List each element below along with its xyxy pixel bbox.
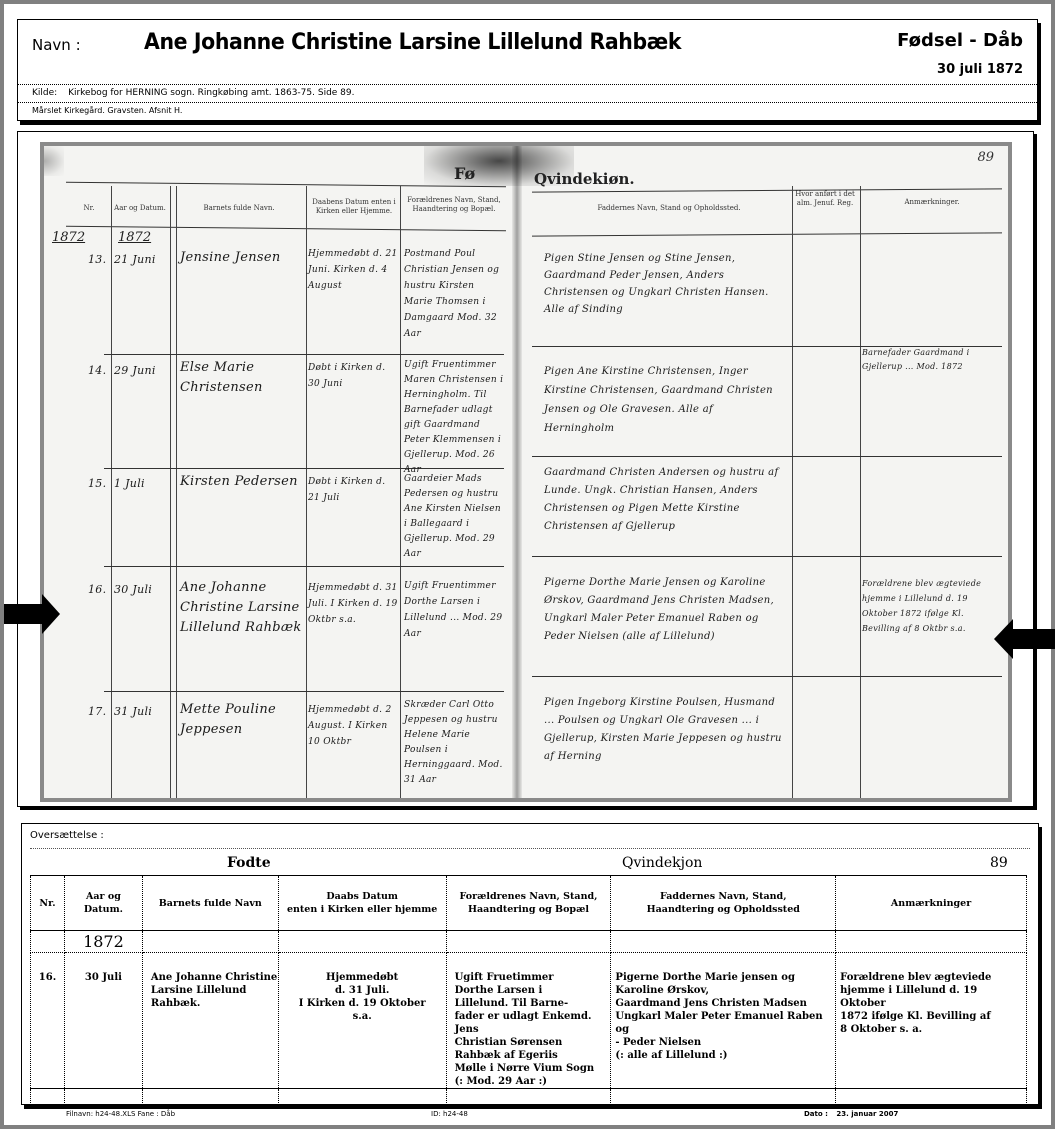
scan-parents: Ugift Fruentimmer Maren Christensen i He… [404,358,504,478]
source-label: Kilde: [32,88,57,98]
cell-parents: Ugift Fruetimmer Dorthe Larsen i Lillelu… [446,953,611,1089]
page-number: 89 [990,855,1008,871]
scan-daab: Hjemmedøbt d. 31 Juli. I Kirken d. 19 Ok… [308,580,400,628]
scan-child: Mette Pouline Jeppesen [180,700,304,740]
scan-shadow [40,146,64,176]
empty-cell [446,931,611,953]
arrow-right-icon [4,594,60,634]
scan-date: 1 Juli [114,474,145,494]
year-cell: 1872 [64,931,142,953]
empty-cell [142,931,278,953]
empty-cell [142,1089,278,1103]
table-row: 16. 30 Juli Ane Johanne Christine Larsin… [31,953,1027,1089]
col-header-baptism: Daabs Datum enten i Kirken eller hjemme [278,876,446,931]
year-row: 1872 [31,931,1027,953]
scan-godparents: Pigerne Dorthe Marie Jensen og Karoline … [544,574,784,646]
row-rule [532,456,1002,457]
scan-nr: 13. [88,250,106,270]
scan-col-remarks: Anmærkninger. [862,198,1002,207]
scan-child: Jensine Jensen [180,248,281,268]
page: Navn : Ane Johanne Christine Larsine Lil… [4,4,1051,1125]
record-type: Fødsel - Dåb [897,30,1023,51]
divider [30,848,1030,849]
scan-title-left: Fø [454,164,475,183]
scan-col-parents: Forældrenes Navn, Stand, Haandtering og … [404,196,504,214]
source-text: Kirkebog for HERNING sogn. Ringkøbing am… [68,88,354,98]
empty-cell [31,1089,65,1103]
col-line [306,186,307,802]
scan-child: Kirsten Pedersen [180,472,298,492]
scan-remarks: Barnefader Gaardmand i Gjellerup ... Mod… [862,346,1002,374]
scan-parents: Skræder Carl Otto Jeppesen og hustru Hel… [404,698,504,788]
row-rule [532,676,1002,677]
col-header-nr: Nr. [31,876,65,931]
scan-col-register: Hvor anført i det alm. Jenuf. Reg. [794,190,856,208]
footer-date-value: 23. januar 2007 [836,1110,898,1118]
scan-godparents: Gaardmand Christen Andersen og hustru af… [544,464,784,536]
scan-col-date: Aar og Datum. [110,204,170,213]
translation-label: Oversættelse : [30,830,104,841]
divider [18,102,1037,103]
col-header-name: Barnets fulde Navn [142,876,278,931]
scan-child: Else Marie Christensen [180,358,304,398]
footer-date-label: Dato : [804,1110,828,1118]
row-rule [104,566,504,567]
section-births: Fodte [227,855,271,871]
spacer-row [31,1089,1027,1103]
scan-godparents: Pigen Ane Kirstine Christensen, Inger Ki… [544,362,784,438]
row-rule [104,354,504,355]
cell-godparents: Pigerne Dorthe Marie jensen og Karoline … [611,953,836,1089]
col-line [400,186,401,802]
scan-daab: Døbt i Kirken d. 30 Juni [308,360,400,392]
record-header: Navn : Ane Johanne Christine Larsine Lil… [17,19,1038,121]
scan-parents: Ugift Fruentimmer Dorthe Larsen i Lillel… [404,578,504,642]
scan-child: Ane Johanne Christine Larsine Lillelund … [180,578,304,638]
empty-cell [278,931,446,953]
cell-date: 30 Juli [64,953,142,1089]
arrow-left-icon [994,619,1055,659]
col-header-remarks: Anmærkninger [836,876,1027,931]
empty-cell [278,1089,446,1103]
rule [532,188,1002,192]
cell-remarks: Forældrene blev ægteviede hjemme i Lille… [836,953,1027,1089]
scan-nr: 17. [88,702,106,722]
scan-daab: Hjemmedøbt d. 21 Juni. Kirken d. 4 Augus… [308,246,400,294]
scan-parents: Postmand Poul Christian Jensen og hustru… [404,246,504,342]
col-header-godparents: Faddernes Navn, Stand, Haandtering og Op… [611,876,836,931]
burial-line: Mårslet Kirkegård. Gravsten. Afsnit H. [32,106,182,115]
scan-godparents: Pigen Stine Jensen og Stine Jensen, Gaar… [544,250,784,318]
scan-date: 30 Juli [114,580,152,600]
col-header-parents: Forældrenes Navn, Stand, Haandtering og … [446,876,611,931]
cell-nr: 16. [31,953,65,1089]
scan-parents: Gaardeier Mads Pedersen og hustru Ane Ki… [404,472,504,562]
scan-col-godparents: Faddernes Navn, Stand og Opholdssted. [544,204,794,213]
church-book-scan[interactable]: Fø Qvindekiøn. 89 Nr. Aar og Datum. Barn… [40,142,1012,802]
section-female: Qvindekjon [622,855,702,871]
scan-year: 1872 [118,230,151,245]
scan-nr: 14. [88,361,106,381]
person-name: Ane Johanne Christine Larsine Lillelund … [144,30,681,55]
scan-col-daab: Daabens Datum enten i Kirken eller Hjemm… [306,198,402,216]
footer-date: Dato : 23. januar 2007 [804,1110,898,1118]
col-line [111,186,112,802]
scan-title-right: Qvindekiøn. [534,170,635,188]
scan-remarks: Forældrene blev ægteviede hjemme i Lille… [862,576,1002,636]
col-line [170,186,171,802]
translation-section: Oversættelse : Fodte Qvindekjon 89 Nr. A… [21,823,1039,1105]
scan-godparents: Pigen Ingeborg Kirstine Poulsen, Husmand… [544,694,784,766]
cell-baptism: Hjemmedøbt d. 31 Juli. I Kirken d. 19 Ok… [278,953,446,1089]
record-date: 30 juli 1872 [937,62,1023,77]
scan-daab: Hjemmedøbt d. 2 August. I Kirken 10 Oktb… [308,702,400,750]
rule [532,232,1002,236]
footer-id: ID: h24-48 [431,1110,468,1118]
col-line [860,186,861,802]
translation-table: Nr. Aar og Datum. Barnets fulde Navn Daa… [30,875,1027,1103]
scan-nr: 16. [88,580,106,600]
empty-cell [446,1089,611,1103]
footer-filename: Filnavn: h24-48.XLS Fane : Dåb [66,1110,175,1118]
scan-daab: Døbt i Kirken d. 21 Juli [308,474,400,506]
name-label: Navn : [32,36,81,54]
cell-name: Ane Johanne Christine Larsine Lillelund … [142,953,278,1089]
empty-cell [31,931,65,953]
table-header-row: Nr. Aar og Datum. Barnets fulde Navn Daa… [31,876,1027,931]
col-line [176,186,177,802]
empty-cell [611,931,836,953]
scan-date: 21 Juni [114,250,156,270]
scan-date: 29 Juni [114,361,156,381]
row-rule [104,691,504,692]
scan-col-name: Barnets fulde Navn. [184,204,294,213]
scan-col-nr: Nr. [74,204,104,213]
col-line [792,186,793,802]
empty-cell [836,931,1027,953]
empty-cell [611,1089,836,1103]
scan-date: 31 Juli [114,702,152,722]
scan-nr: 15. [88,474,106,494]
empty-cell [64,1089,142,1103]
scan-page-number: 89 [977,150,994,165]
scan-year-margin: 1872 [52,230,85,245]
book-gutter [512,146,522,798]
divider [18,84,1037,85]
row-rule [532,556,1002,557]
scan-frame: Fø Qvindekiøn. 89 Nr. Aar og Datum. Barn… [17,131,1034,807]
col-header-date: Aar og Datum. [64,876,142,931]
source-line: Kilde: Kirkebog for HERNING sogn. Ringkø… [32,88,355,98]
empty-cell [836,1089,1027,1103]
